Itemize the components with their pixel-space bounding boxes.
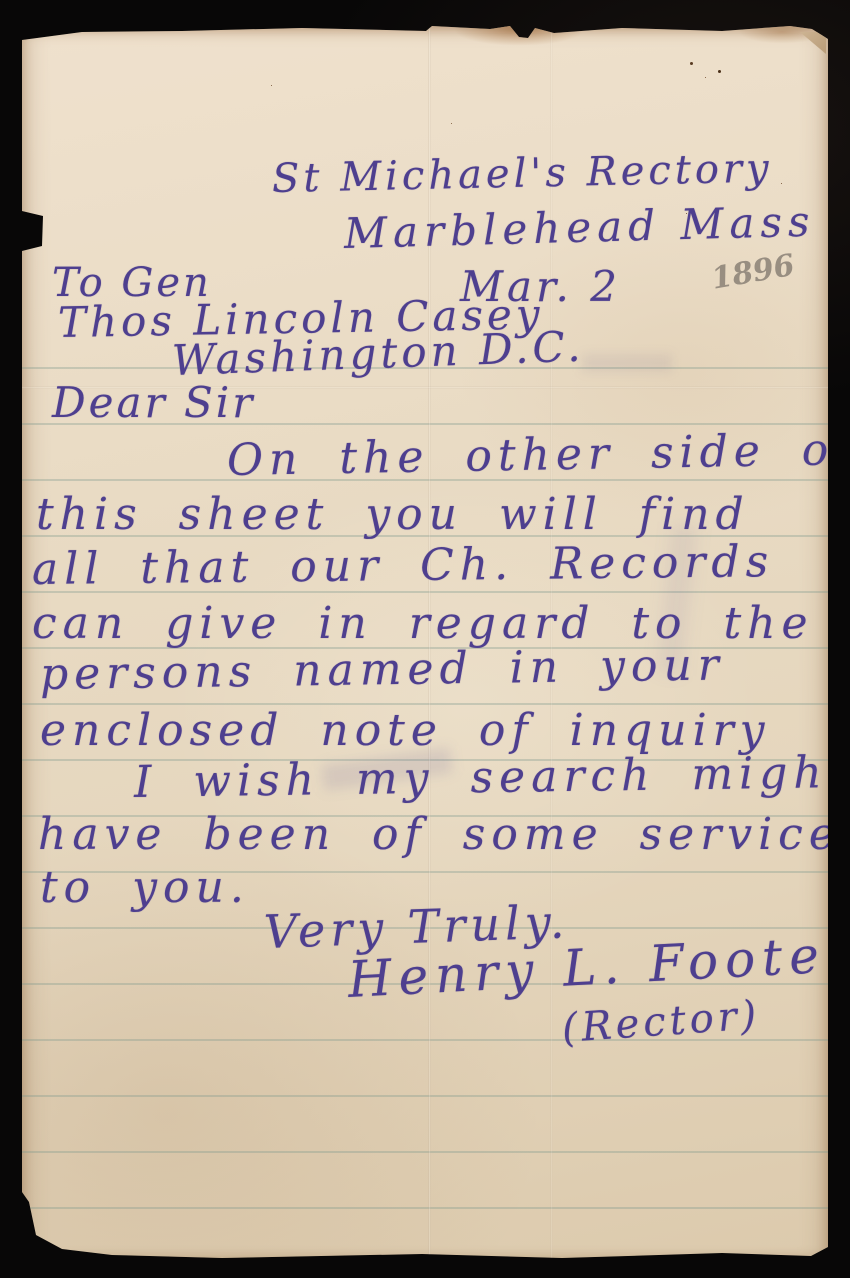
body-line: enclosed note of inquiry: [40, 708, 771, 754]
body-line: persons named in your: [40, 642, 725, 698]
heading-place: Marblehead Mass: [343, 200, 816, 256]
signature-role: (Rector): [561, 994, 762, 1050]
pencil-year-annotation: 1896: [709, 250, 797, 296]
body-line: On the other side of: [227, 427, 850, 484]
body-line: I wish my search might: [134, 750, 850, 806]
ink-smudge: [582, 354, 672, 372]
salutation: Dear Sir: [52, 381, 255, 425]
heading-rectory: St Michael's Rectory: [272, 148, 774, 200]
body-line: all that our Ch. Records: [32, 539, 775, 593]
scan-background: St Michael's Rectory Marblehead Mass Mar…: [0, 0, 850, 1278]
foxing-specks: [690, 62, 693, 65]
folded-corner: [800, 32, 826, 54]
recipient-line-3: Washington D.C.: [171, 325, 585, 383]
body-line: have been of some service: [38, 812, 841, 858]
body-line: to you.: [40, 865, 250, 911]
body-line: this sheet you will find: [36, 492, 750, 538]
letter-page: St Michael's Rectory Marblehead Mass Mar…: [22, 24, 828, 1262]
